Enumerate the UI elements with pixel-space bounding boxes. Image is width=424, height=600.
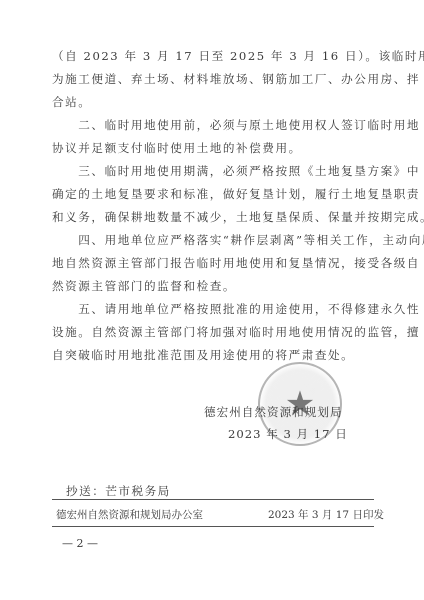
footer-office: 德宏州自然资源和规划局办公室 [56,507,203,522]
signature-date: 2023 年 3 月 17 日 [228,426,348,442]
cc-line: 抄送：芒市税务局 [66,483,171,499]
body-line: 和义务，确保耕地数量不减少，土地复垦保质、保量并按期完成。 [52,210,374,224]
footer-print-date: 2023 年 3 月 17 日印发 [268,507,384,522]
body-line: 三、临时用地使用期满，必须严格按照《土地复垦方案》中 [52,164,374,178]
body-line: 然资源主管部门的监督和检查。 [52,279,374,293]
footer-top-rule [52,499,374,500]
body-line: 协议并足额支付临时使用土地的补偿费用。 [52,141,374,155]
page-number: — 2 — [62,537,98,550]
body-line: 五、请用地单位严格按照批准的用途使用，不得修建永久性 [52,302,374,316]
footer-bottom-rule [52,526,374,527]
signature-issuer: 德宏州自然资源和规划局 [204,404,343,420]
body-line: 设施。自然资源主管部门将加强对临时用地使用情况的监管，擅 [52,325,374,339]
body-line: 为施工便道、弃土场、材料堆放场、钢筋加工厂、办公用房、拌 [52,72,374,86]
body-line: 二、临时用地使用前，必须与原土地使用权人签订临时用地 [52,118,374,132]
body-line: （自 2023 年 3 月 17 日至 2025 年 3 月 16 日）。该临时… [52,49,374,63]
body-line: 四、用地单位应严格落实“耕作层剥离”等相关工作，主动向属 [52,233,374,247]
body-line: 自突破临时用地批准范围及用途使用的将严肃查处。 [52,348,374,362]
body-line: 确定的土地复垦要求和标准，做好复垦计划，履行土地复垦职责 [52,187,374,201]
document-page: （自 2023 年 3 月 17 日至 2025 年 3 月 16 日）。该临时… [0,0,424,600]
body-line: 地自然资源主管部门报告临时用地使用和复垦情况，接受各级自 [52,256,374,270]
body-line: 合站。 [52,95,374,109]
